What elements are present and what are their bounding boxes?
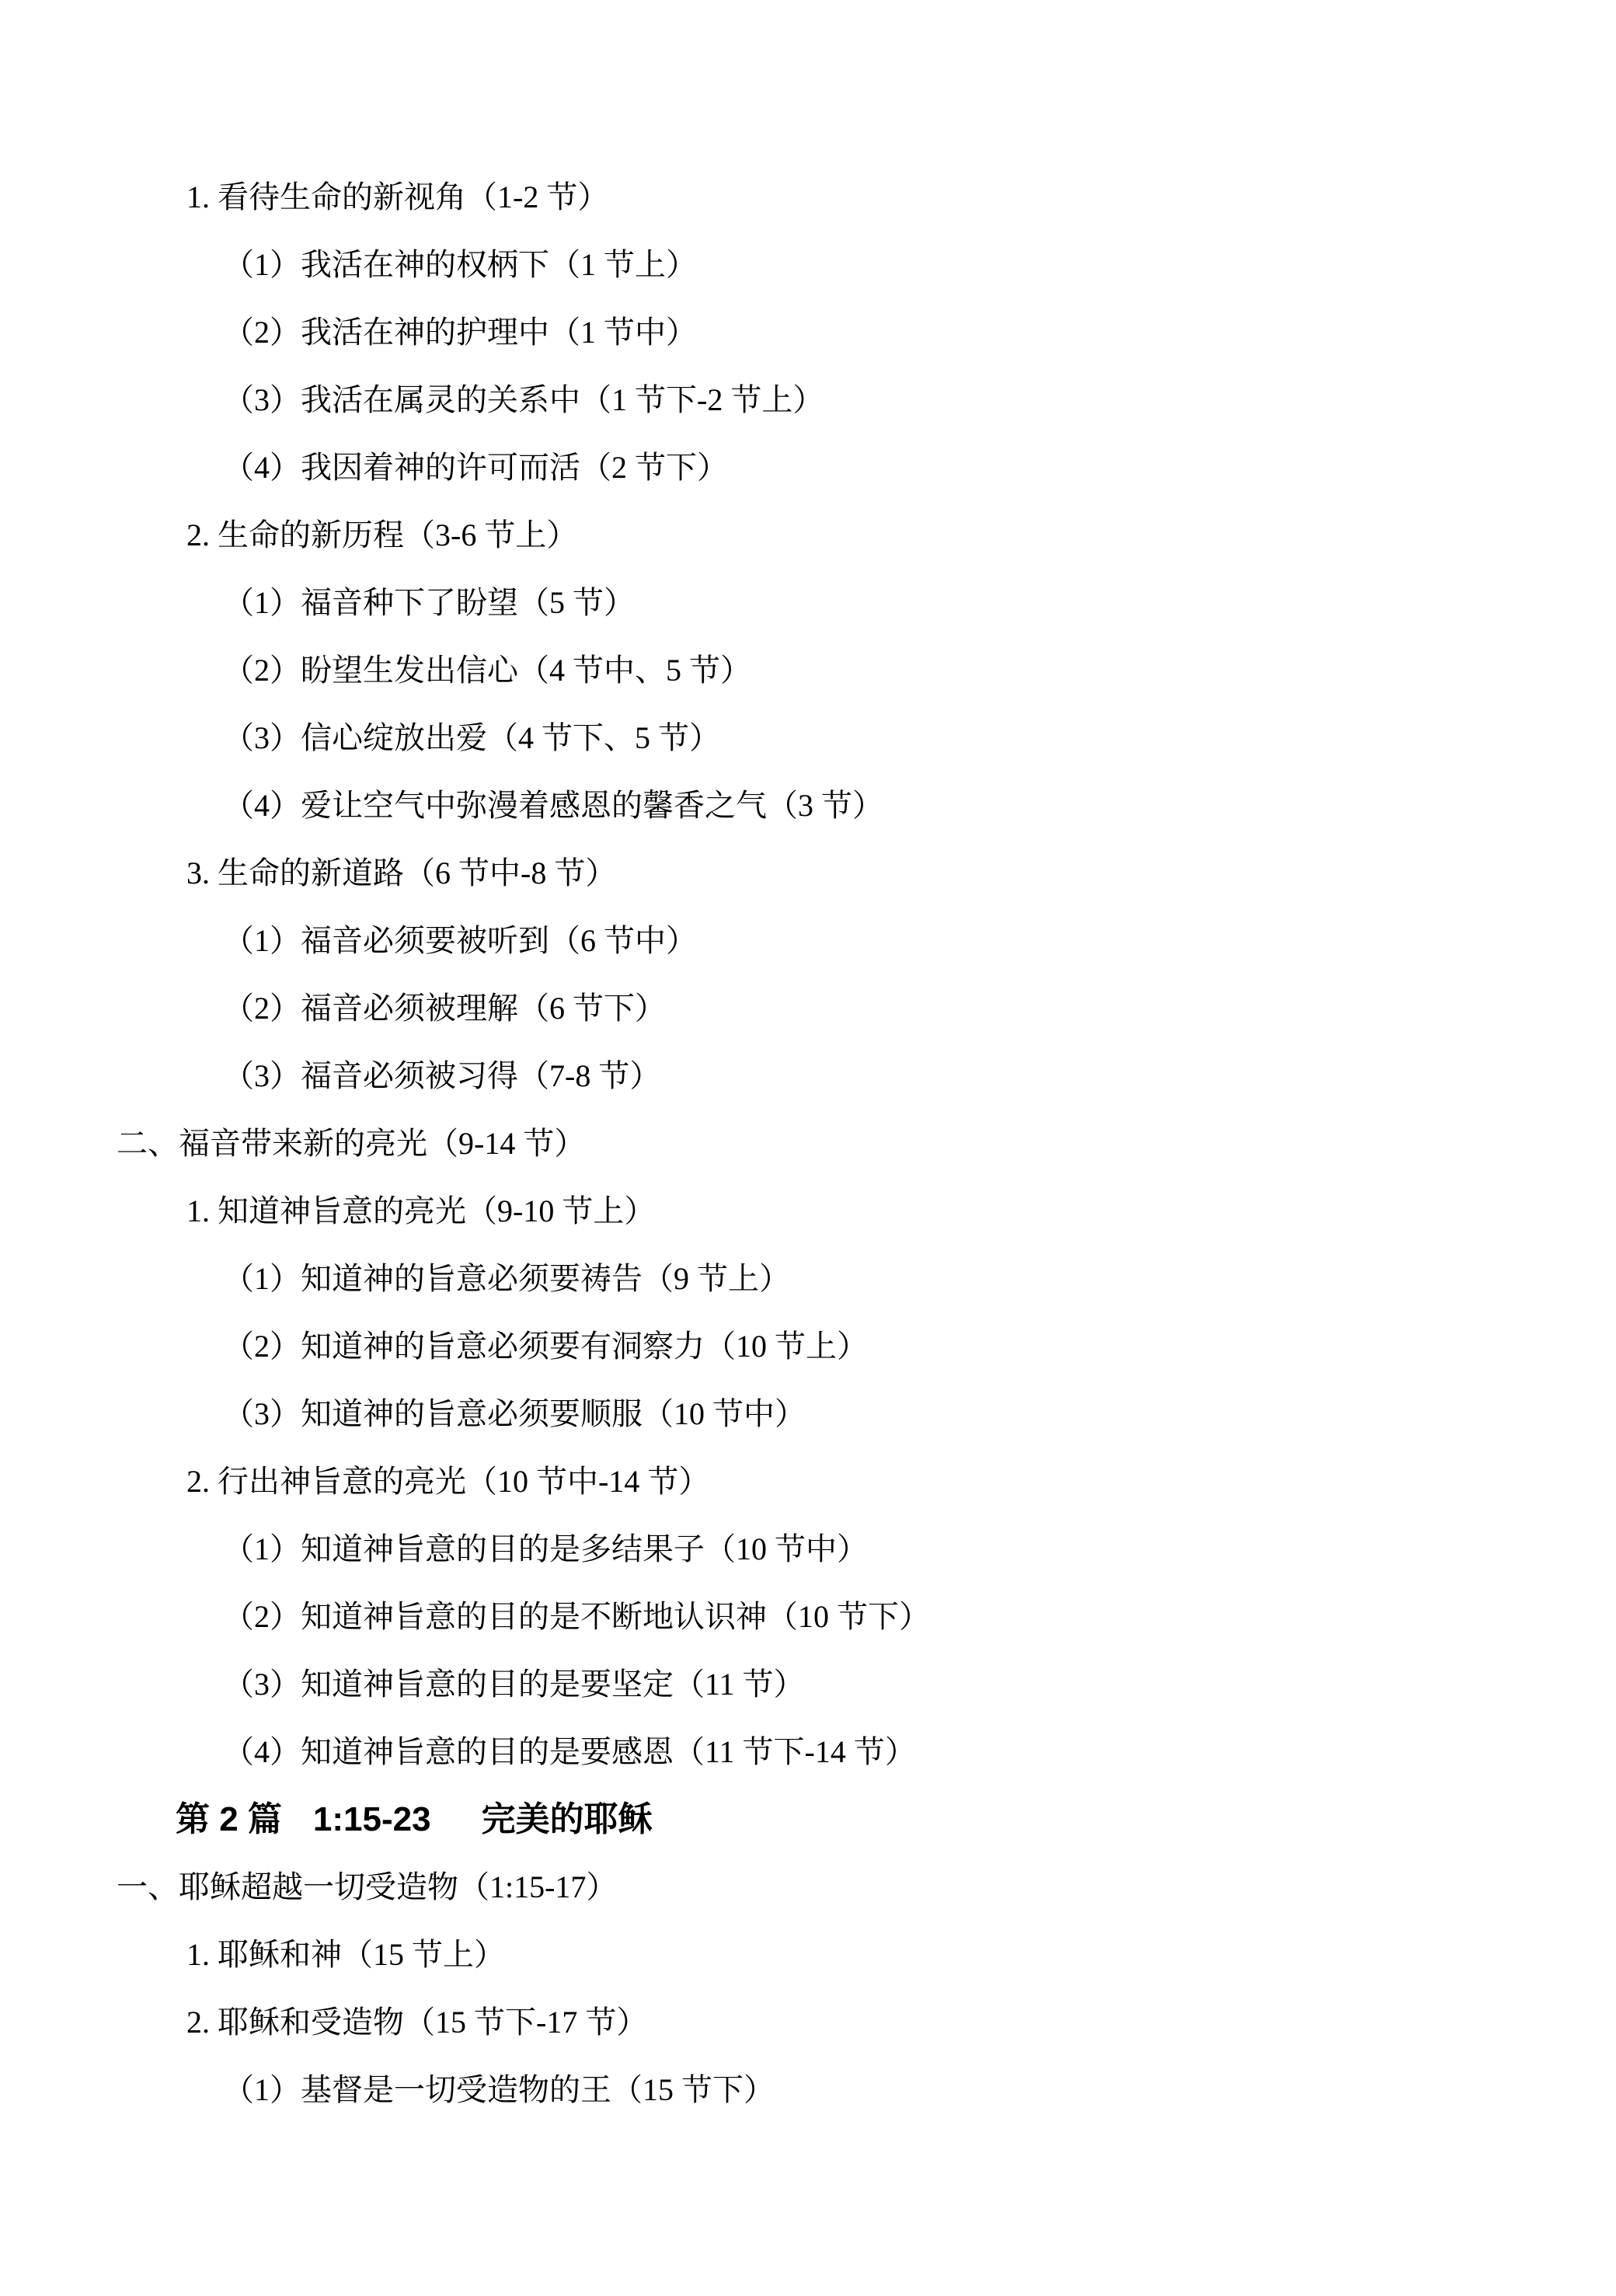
outline-subpoint-item: （3）知道神旨意的目的是要坚定（11 节） xyxy=(0,1650,1616,1718)
outline-subpoint-item: （1）福音必须要被听到（6 节中） xyxy=(0,907,1616,974)
outline-point-item: 1. 耶稣和神（15 节上） xyxy=(0,1921,1616,1988)
outline-subpoint-item: （4）爱让空气中弥漫着感恩的馨香之气（3 节） xyxy=(0,772,1616,839)
chapter-heading: 第 2 篇1:15-23完美的耶稣 xyxy=(0,1786,1616,1853)
outline-point-item: 2. 行出神旨意的亮光（10 节中-14 节） xyxy=(0,1448,1616,1515)
outline-section-item: 二、福音带来新的亮光（9-14 节） xyxy=(0,1110,1616,1177)
chapter-verse-range: 1:15-23 xyxy=(313,1786,431,1853)
outline-subpoint-item: （3）我活在属灵的关系中（1 节下-2 节上） xyxy=(0,366,1616,434)
outline-point-item: 3. 生命的新道路（6 节中-8 节） xyxy=(0,839,1616,907)
chapter-number: 第 2 篇 xyxy=(176,1786,282,1853)
outline-subpoint-item: （1）福音种下了盼望（5 节） xyxy=(0,569,1616,636)
outline-point-item: 1. 看待生命的新视角（1-2 节） xyxy=(0,163,1616,231)
outline-subpoint-item: （4）知道神旨意的目的是要感恩（11 节下-14 节） xyxy=(0,1718,1616,1786)
outline-subpoint-item: （1）我活在神的权柄下（1 节上） xyxy=(0,231,1616,298)
outline-body: 1. 看待生命的新视角（1-2 节）（1）我活在神的权柄下（1 节上）（2）我活… xyxy=(0,163,1616,2124)
outline-subpoint-item: （4）我因着神的许可而活（2 节下） xyxy=(0,434,1616,501)
outline-subpoint-item: （2）福音必须被理解（6 节下） xyxy=(0,974,1616,1042)
outline-section-item: 一、耶稣超越一切受造物（1:15-17） xyxy=(0,1853,1616,1921)
document-page: 1. 看待生命的新视角（1-2 节）（1）我活在神的权柄下（1 节上）（2）我活… xyxy=(0,0,1616,2296)
outline-subpoint-item: （1）基督是一切受造物的王（15 节下） xyxy=(0,2056,1616,2124)
outline-subpoint-item: （2）知道神旨意的目的是不断地认识神（10 节下） xyxy=(0,1583,1616,1650)
outline-point-item: 2. 生命的新历程（3-6 节上） xyxy=(0,501,1616,569)
outline-subpoint-item: （3）知道神的旨意必须要顺服（10 节中） xyxy=(0,1380,1616,1448)
outline-subpoint-item: （2）知道神的旨意必须要有洞察力（10 节上） xyxy=(0,1312,1616,1380)
outline-subpoint-item: （3）福音必须被习得（7-8 节） xyxy=(0,1042,1616,1110)
outline-point-item: 2. 耶稣和受造物（15 节下-17 节） xyxy=(0,1988,1616,2056)
outline-subpoint-item: （1）知道神旨意的目的是多结果子（10 节中） xyxy=(0,1515,1616,1583)
outline-point-item: 1. 知道神旨意的亮光（9-10 节上） xyxy=(0,1177,1616,1245)
outline-subpoint-item: （3）信心绽放出爱（4 节下、5 节） xyxy=(0,704,1616,772)
outline-subpoint-item: （2）盼望生发出信心（4 节中、5 节） xyxy=(0,636,1616,704)
outline-subpoint-item: （1）知道神的旨意必须要祷告（9 节上） xyxy=(0,1245,1616,1312)
outline-subpoint-item: （2）我活在神的护理中（1 节中） xyxy=(0,298,1616,366)
chapter-title: 完美的耶稣 xyxy=(482,1786,653,1853)
